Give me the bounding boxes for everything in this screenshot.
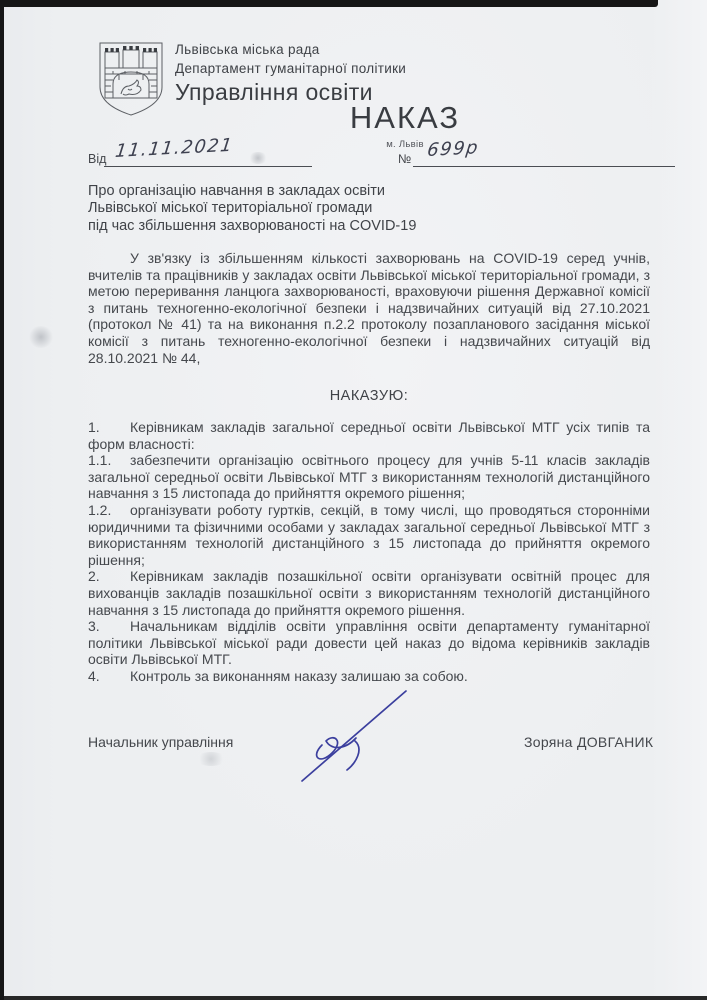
order-item: 1.2.організувати роботу гуртків, секцій,…: [88, 502, 650, 568]
scan-smudge: [248, 152, 268, 164]
item-number: 1.: [88, 419, 130, 436]
subject-line: Про організацію навчання в закладах осві…: [88, 183, 508, 200]
order-item: 3.Начальникам відділів освіти управління…: [88, 618, 650, 668]
item-text: Керівникам закладів позашкільної освіти …: [88, 568, 650, 617]
number-label: №: [398, 152, 411, 166]
scan-edge-left: [0, 0, 4, 1000]
order-item: 1.1.забезпечити організацію освітнього п…: [88, 452, 650, 502]
scan-edge-bottom: [0, 996, 707, 1000]
subject-line: Львівської міської територіальної громад…: [88, 200, 508, 217]
org-line-council: Львівська міська рада: [175, 42, 406, 58]
order-item: 2.Керівникам закладів позашкільної освіт…: [88, 568, 650, 618]
item-number: 1.1.: [88, 452, 130, 469]
signature-ink-icon: [292, 683, 417, 791]
number-underline: [413, 166, 675, 167]
signer-name: Зоряна ДОВГАНИК: [524, 734, 653, 750]
handwritten-date: 11.11.2021: [114, 135, 234, 162]
item-number: 3.: [88, 618, 130, 635]
org-line-department: Департамент гуманітарної політики: [175, 61, 406, 77]
subject-block: Про організацію навчання в закладах осві…: [88, 183, 508, 235]
scan-smudge: [28, 326, 54, 348]
handwritten-number: 699р: [426, 137, 480, 161]
item-text: забезпечити організацію освітнього проце…: [88, 452, 650, 501]
item-text: Начальникам відділів освіти управління о…: [88, 618, 650, 667]
signer-title: Начальник управління: [88, 734, 233, 750]
date-label: Від: [88, 152, 106, 166]
document-place: м. Львів: [200, 139, 610, 150]
order-item: 1.Керівникам закладів загальної середньо…: [88, 419, 650, 452]
document-heading: НАКАЗ м. Львів: [200, 100, 610, 150]
item-number: 4.: [88, 668, 130, 685]
item-number: 2.: [88, 568, 130, 585]
intro-paragraph: У зв'язку із збільшенням кількості захво…: [88, 250, 650, 366]
intro-paragraph-block: У зв'язку із збільшенням кількості захво…: [88, 250, 650, 366]
letterhead: Львівська міська рада Департамент гумані…: [175, 42, 406, 105]
item-text: Керівникам закладів загальної середньої …: [88, 419, 650, 452]
subject-line: під час збільшення захворюваності на COV…: [88, 218, 508, 235]
order-word: НАКАЗУЮ:: [88, 388, 650, 404]
date-underline: [104, 166, 312, 167]
order-item: 4.Контроль за виконанням наказу залишаю …: [88, 668, 650, 685]
order-items: 1.Керівникам закладів загальної середньо…: [88, 419, 650, 685]
scanned-order-page: Львівська міська рада Департамент гумані…: [0, 0, 707, 1000]
item-number: 1.2.: [88, 502, 130, 519]
document-type-title: НАКАЗ: [200, 100, 610, 136]
scan-smudge: [196, 752, 226, 766]
scan-edge-top: [0, 0, 658, 7]
item-text: організувати роботу гуртків, секцій, в т…: [88, 502, 650, 568]
lviv-coat-of-arms-icon: [95, 40, 167, 118]
item-text: Контроль за виконанням наказу залишаю за…: [130, 668, 468, 684]
